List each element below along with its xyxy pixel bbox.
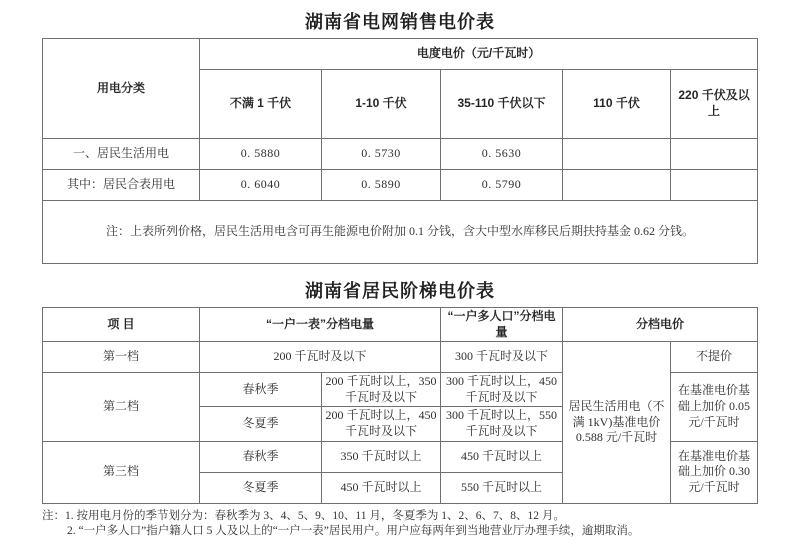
price-cell: 0. 6040 bbox=[200, 170, 322, 201]
tier2-label: 第二档 bbox=[43, 373, 200, 441]
tier1-one-meter-range: 200 千瓦时及以下 bbox=[200, 342, 441, 373]
multi-person-header: “一户多人口”分档电量 bbox=[441, 308, 563, 342]
tier3-winter-summer-season: 冬夏季 bbox=[200, 472, 322, 503]
voltage-header-35-110kv: 35-110 千伏以下 bbox=[441, 70, 563, 139]
energy-price-group-header: 电度电价（元/千瓦时） bbox=[200, 39, 758, 70]
tier3-winter-summer-one-meter-range: 450 千瓦时以上 bbox=[322, 472, 441, 503]
row-label-residential: 一、居民生活用电 bbox=[43, 139, 200, 170]
base-price-cell: 居民生活用电（不满 1kV)基准电价 0.588 元/千瓦时 bbox=[563, 342, 671, 503]
table-row: 其中：居民合表用电 0. 6040 0. 5890 0. 5790 bbox=[43, 170, 758, 201]
table-row: 一、居民生活用电 0. 5880 0. 5730 0. 5630 bbox=[43, 139, 758, 170]
tier3-spring-autumn-season: 春秋季 bbox=[200, 441, 322, 472]
voltage-header-110kv: 110 千伏 bbox=[563, 70, 671, 139]
tiered-price-table-title: 湖南省居民阶梯电价表 bbox=[0, 264, 800, 307]
tier2-winter-summer-one-meter-range: 200 千瓦时以上，450 千瓦时及以下 bbox=[322, 407, 441, 441]
tier3-winter-summer-multi-person-range: 550 千瓦时以上 bbox=[441, 472, 563, 503]
tier1-multi-person-range: 300 千瓦时及以下 bbox=[441, 342, 563, 373]
table-row: 第一档 200 千瓦时及以下 300 千瓦时及以下 居民生活用电（不满 1kV)… bbox=[43, 342, 758, 373]
tier1-price: 不提价 bbox=[671, 342, 758, 373]
table2-footnotes: 注：1. 按用电月份的季节划分为：春秋季为 3、4、5、9、10、11 月，冬夏… bbox=[42, 509, 800, 540]
footnote-multi-person-definition: 2. “一户多人口”指户籍人口 5 人及以上的“一户一表”居民用户。用户应每两年… bbox=[42, 524, 800, 540]
voltage-header-220kv-above: 220 千伏及以上 bbox=[671, 70, 758, 139]
one-meter-header: “一户一表”分档电量 bbox=[200, 308, 441, 342]
price-cell-empty bbox=[563, 139, 671, 170]
tier2-winter-summer-season: 冬夏季 bbox=[200, 407, 322, 441]
table1-footnote: 注：上表所列价格，居民生活用电含可再生能源电价附加 0.1 分钱，含大中型水库移… bbox=[43, 201, 758, 264]
tier2-spring-autumn-one-meter-range: 200 千瓦时以上，350 千瓦时及以下 bbox=[322, 373, 441, 407]
row-label-combined-meter: 其中：居民合表用电 bbox=[43, 170, 200, 201]
tier1-label: 第一档 bbox=[43, 342, 200, 373]
residential-tiered-price-table: 项 目 “一户一表”分档电量 “一户多人口”分档电量 分档电价 第一档 200 … bbox=[42, 307, 758, 504]
tier-price-header: 分档电价 bbox=[563, 308, 758, 342]
tier2-winter-summer-multi-person-range: 300 千瓦时以上，550 千瓦时及以下 bbox=[441, 407, 563, 441]
table-row: 注：上表所列价格，居民生活用电含可再生能源电价附加 0.1 分钱，含大中型水库移… bbox=[43, 201, 758, 264]
tier2-spring-autumn-season: 春秋季 bbox=[200, 373, 322, 407]
price-cell-empty bbox=[563, 170, 671, 201]
footnote-season-definition: 注：1. 按用电月份的季节划分为：春秋季为 3、4、5、9、10、11 月，冬夏… bbox=[42, 509, 800, 525]
tier3-spring-autumn-multi-person-range: 450 千瓦时以上 bbox=[441, 441, 563, 472]
grid-sales-price-table: 用电分类 电度电价（元/千瓦时） 不满 1 千伏 1-10 千伏 35-110 … bbox=[42, 38, 758, 264]
grid-sales-price-table-title: 湖南省电网销售电价表 bbox=[0, 0, 800, 38]
tier3-price: 在基准电价基础上加价 0.30 元/千瓦时 bbox=[671, 441, 758, 503]
document-page: 湖南省电网销售电价表 用电分类 电度电价（元/千瓦时） 不满 1 千伏 1-10… bbox=[0, 0, 800, 552]
price-cell: 0. 5630 bbox=[441, 139, 563, 170]
price-cell: 0. 5880 bbox=[200, 139, 322, 170]
tier2-spring-autumn-multi-person-range: 300 千瓦时以上，450 千瓦时及以下 bbox=[441, 373, 563, 407]
price-cell-empty bbox=[671, 139, 758, 170]
price-cell-empty bbox=[671, 170, 758, 201]
price-cell: 0. 5890 bbox=[322, 170, 441, 201]
price-cell: 0. 5730 bbox=[322, 139, 441, 170]
voltage-header-1-10kv: 1-10 千伏 bbox=[322, 70, 441, 139]
tier2-price: 在基准电价基础上加价 0.05 元/千瓦时 bbox=[671, 373, 758, 441]
voltage-header-under-1kv: 不满 1 千伏 bbox=[200, 70, 322, 139]
tier3-label: 第三档 bbox=[43, 441, 200, 503]
tier3-spring-autumn-one-meter-range: 350 千瓦时以上 bbox=[322, 441, 441, 472]
usage-category-header: 用电分类 bbox=[43, 39, 200, 139]
price-cell: 0. 5790 bbox=[441, 170, 563, 201]
item-header: 项 目 bbox=[43, 308, 200, 342]
